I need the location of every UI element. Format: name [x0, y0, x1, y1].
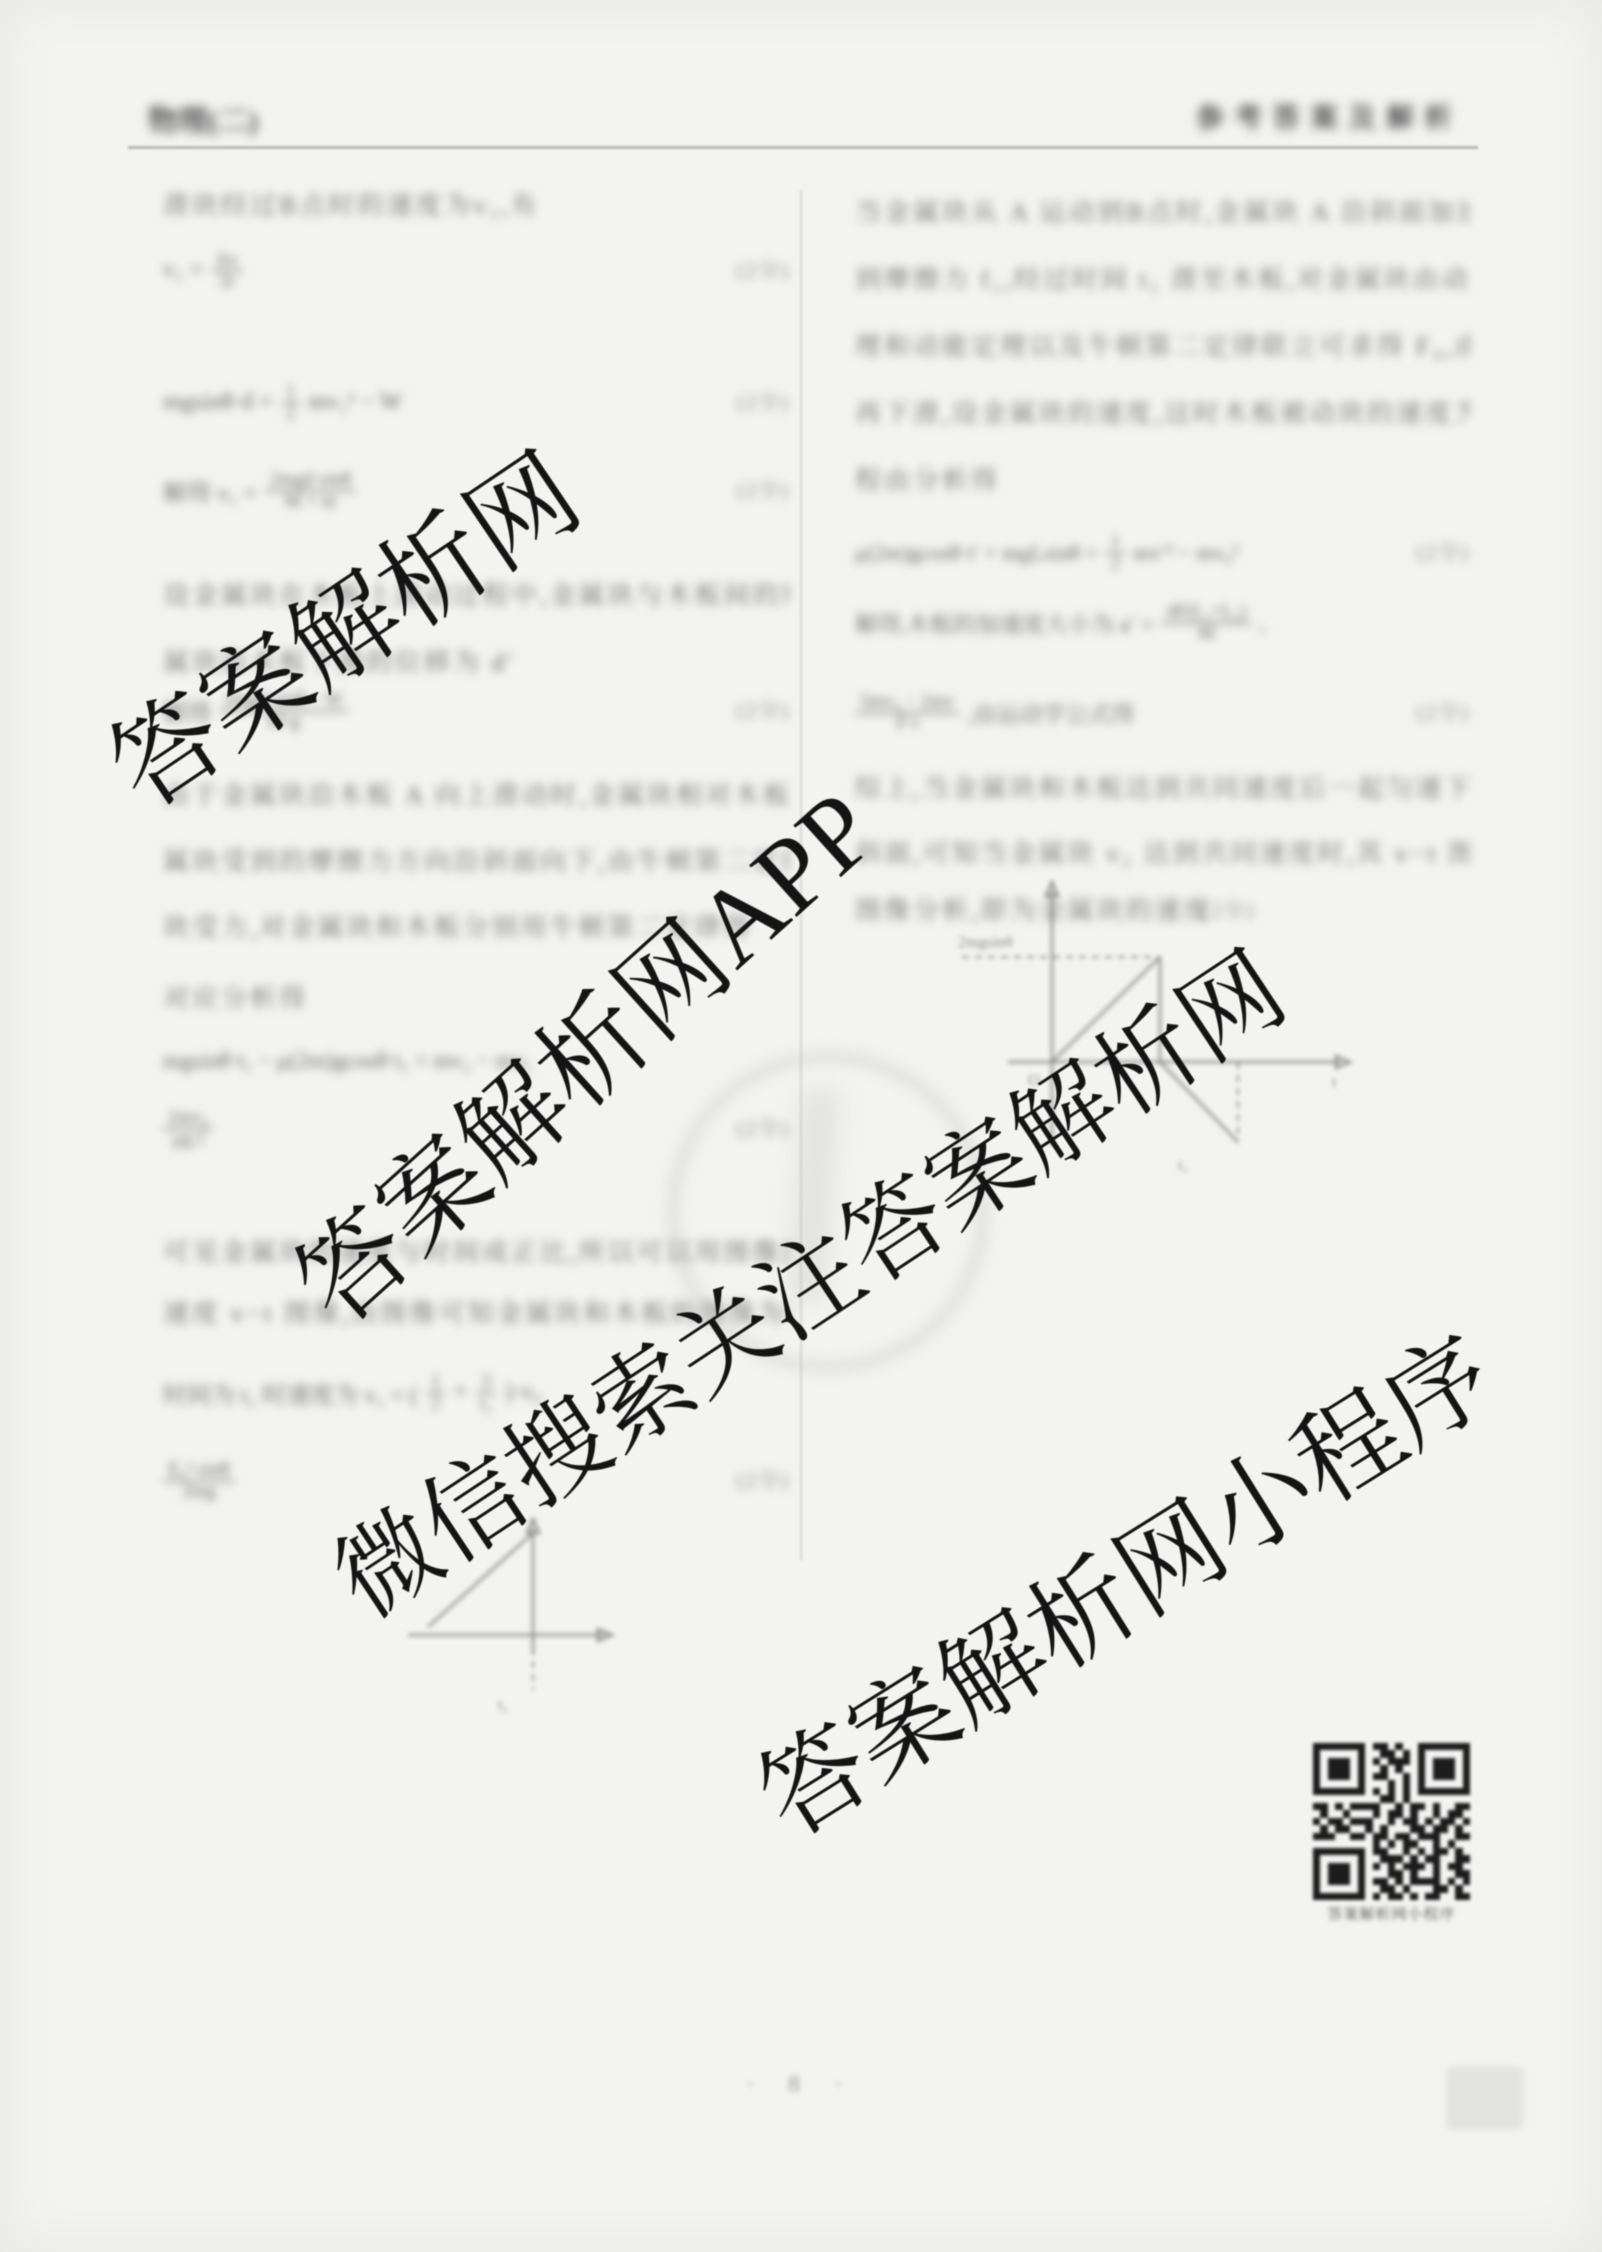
formula-text: 时间为 t₁ 时速度为 v₁ = (: [163, 1375, 418, 1410]
formula-fraction: Δx2t: [211, 250, 243, 292]
right-column-line: 程由分析得: [855, 460, 1035, 497]
left-column-line: 对应分析得: [163, 978, 363, 1015]
formula-text: +: [453, 1379, 467, 1406]
qr-row: [1313, 1750, 1470, 1757]
qr-row: [1313, 1833, 1470, 1840]
qr-caption: 答案解析网小程序: [1313, 1903, 1470, 1924]
right-column-line: 当金属块从 A 运动到B点时,金属块 A 沿斜面加速,金属块受: [855, 192, 1470, 229]
formula-text: ,: [1259, 610, 1265, 636]
blurred-text: 理和动能定理以及牛顿第二定律联立可求得 F₀,由平衡条件得: [855, 332, 1470, 361]
corner-page-marker: [1446, 2066, 1524, 2130]
formula-fraction: 12: [281, 382, 301, 424]
formula-fraction: 12: [1106, 532, 1126, 574]
qr-row: [1313, 1773, 1470, 1780]
qr-row: [1313, 1863, 1470, 1870]
formula-text: μ(2m)gcosθ·t′ + mgLsinθ =: [855, 540, 1098, 566]
formula-text: 解得 v₁ =: [163, 473, 257, 508]
qr-row: [1313, 1848, 1470, 1855]
right-column-line: 斜面,可知当金属块 v₂ 达到共同速度时,其 v−t 图像如图所示: [855, 833, 1470, 870]
score-mark: (2分): [737, 386, 791, 416]
qr-code: [1313, 1743, 1470, 1900]
score-mark: (2分): [737, 1464, 791, 1494]
blurred-text: 滑块经过B点时的速度为v₁,有: [163, 191, 533, 220]
formula-text: mv₁² − W: [308, 389, 402, 416]
blurred-text: 再下滑,设金属块的速度,这时木板被动块的速度为 v′,对全: [855, 399, 1470, 428]
right-column-line: μ(2m)gcosθ·t′ + mgLsinθ =12mv′² − mv₀²(2…: [855, 532, 1470, 574]
qr-row: [1313, 1870, 1470, 1877]
score-mark: (2分): [737, 694, 791, 724]
formula-text: 解得,木板的加速度大小为 a′ =: [855, 606, 1153, 639]
qr-row: [1313, 1818, 1470, 1825]
qr-row: [1313, 1840, 1470, 1847]
right-diagram-ylabel: 2mgsinθ: [958, 934, 1013, 951]
formula-text: mv′² − mv₀²: [1133, 540, 1238, 566]
blurred-text: 当金属块从 A 运动到B点时,金属块 A 沿斜面加速,金属块受: [855, 198, 1470, 227]
blurred-text: 程由分析得: [855, 466, 1000, 495]
page-header-section: 参考答案及解析: [1196, 96, 1462, 136]
right-diagram-tick-label: t₁: [1178, 1157, 1188, 1174]
qr-row: [1313, 1878, 1470, 1885]
blurred-text: 综上,当金属块和木板达到共同速度后一起匀速下滑,a = gsinθ: [855, 774, 1470, 803]
qr-row: [1313, 1885, 1470, 1892]
formula-text: ,由运动学公式得: [967, 696, 1134, 729]
left-column-line: mgsinθ·d =12mv₁² − W(2分): [163, 382, 790, 424]
left-diagram-tick-label: t₁: [498, 1697, 508, 1714]
qr-row: [1313, 1810, 1470, 1817]
qr-row: [1313, 1758, 1470, 1765]
score-mark: (2分): [1417, 696, 1471, 726]
right-diagram-xlabel: t: [1332, 1074, 1337, 1091]
qr-row: [1313, 1893, 1470, 1900]
qr-row: [1313, 1825, 1470, 1832]
right-column-line: 到摩擦力 f₁,经过时间 t₁ 滑至木板,对金属块由动量定理 m 定: [855, 259, 1470, 296]
qr-row: [1313, 1795, 1470, 1802]
left-column-line: 由于金属块沿木板 A 向上滑动时,金属块相对木板向上滑动,金: [163, 775, 790, 812]
score-mark: (2分): [737, 474, 791, 504]
formula-fraction: 5mv₀ − 2mvF·t: [855, 692, 959, 734]
blurred-text: 由于金属块沿木板 A 向上滑动时,金属块相对木板向上滑动,金: [163, 781, 790, 810]
qr-row: [1313, 1855, 1470, 1862]
formula-text: mgsinθ·d =: [163, 389, 273, 416]
blurred-text: 到摩擦力 f₁,经过时间 t₁ 滑至木板,对金属块由动量定理 m 定: [855, 265, 1470, 294]
header-rule: [128, 146, 1478, 149]
formula-fraction: 12: [426, 1372, 446, 1414]
qr-row: [1313, 1743, 1470, 1750]
score-mark: (2分): [737, 254, 791, 284]
right-column-line: 理和动能定理以及牛顿第二定律联立可求得 F₀,由平衡条件得: [855, 326, 1470, 363]
page-header-subject: 物理(二): [148, 96, 258, 140]
qr-row: [1313, 1780, 1470, 1787]
left-column-line: v₁ =Δx2t(2分): [163, 250, 790, 292]
right-column-line: 综上,当金属块和木板达到共同速度后一起匀速下滑,a = gsinθ: [855, 768, 1470, 805]
formula-fraction: 2mgd·sinθM + m: [265, 470, 356, 512]
formula-fraction: E₀²·sinθ2mg: [163, 1460, 235, 1502]
blurred-text: 对应分析得: [163, 984, 308, 1013]
scanned-answer-page: 物理(二) 参考答案及解析 滑块经过B点时的速度为v₁,有v₁ =Δx2t(2分…: [0, 0, 1602, 2252]
right-column-line: 再下滑,设金属块的速度,这时木板被动块的速度为 v′,对全: [855, 393, 1470, 430]
left-column-line: 滑块经过B点时的速度为v₁,有: [163, 185, 533, 222]
qr-row: [1313, 1765, 1470, 1772]
right-column-line: 解得,木板的加速度大小为 a′ =4F(L₁+L₂)M,: [855, 602, 1470, 644]
right-column-line: 5mv₀ − 2mvF·t,由运动学公式得(2分): [855, 692, 1470, 734]
qr-row: [1313, 1803, 1470, 1810]
page-number: · 8 ·: [0, 2072, 1602, 2099]
formula-text: v₁ =: [163, 257, 203, 284]
blurred-text: 斜面,可知当金属块 v₂ 达到共同速度时,其 v−t 图像如图所示: [855, 839, 1470, 868]
formula-fraction: 2mv₀μg·t: [163, 1108, 213, 1150]
formula-fraction: 4F(L₁+L₂)M: [1161, 602, 1251, 644]
score-mark: (2分): [1417, 536, 1471, 566]
qr-row: [1313, 1788, 1470, 1795]
